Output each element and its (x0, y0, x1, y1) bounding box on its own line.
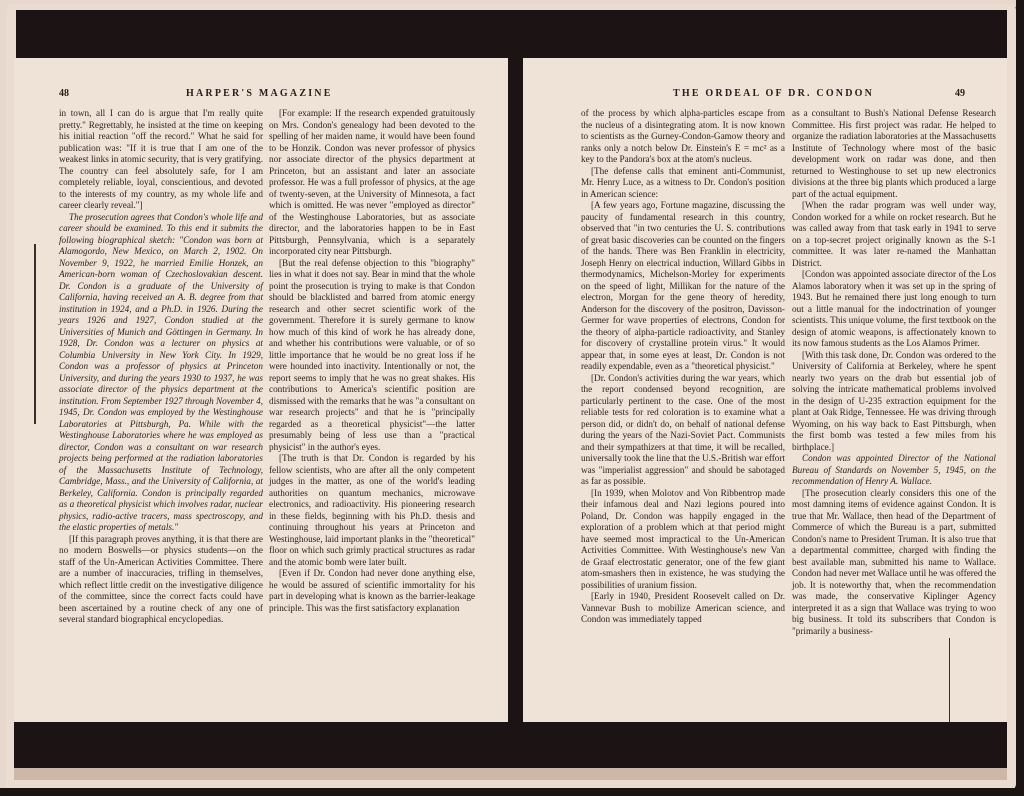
right-page: THE ORDEAL OF DR. CONDON 49 of the proce… (523, 58, 1007, 722)
left-column-2: [For example: If the research expended g… (269, 108, 475, 614)
page-number-left: 48 (59, 88, 69, 99)
paragraph: of the process by which alpha-particles … (581, 108, 785, 166)
gutter-binding (508, 58, 523, 776)
right-column-2: as a consultant to Bush's National Defen… (792, 108, 996, 637)
paragraph: in town, all I can do is argue that I'm … (59, 108, 263, 212)
paragraph: [The defense calls that eminent anti-Com… (581, 166, 785, 201)
paragraph: [A few years ago, Fortune magazine, disc… (581, 200, 785, 373)
paragraph: [The truth is that Dr. Condon is regarde… (269, 453, 475, 568)
scan-edge-right (1016, 0, 1024, 796)
margin-mark-left (34, 244, 36, 424)
running-head-left: HARPER'S MAGAZINE (186, 88, 333, 99)
paragraph: [In 1939, when Molotov and Von Ribbentro… (581, 488, 785, 592)
bottom-paper-strip (14, 768, 1007, 780)
running-head-right: THE ORDEAL OF DR. CONDON (673, 88, 874, 99)
paragraph: [The prosecution clearly considers this … (792, 488, 996, 638)
paragraph: [For example: If the research expended g… (269, 108, 475, 258)
paragraph: [With this task done, Dr. Condon was ord… (792, 350, 996, 454)
paragraph: [If this paragraph proves anything, it i… (59, 534, 263, 626)
scan-edge-bottom (0, 788, 1024, 796)
top-black-bar (16, 10, 1007, 58)
right-column-1: of the process by which alpha-particles … (581, 108, 785, 626)
paragraph: [Early in 1940, President Roosevelt call… (581, 591, 785, 626)
margin-mark-right (949, 638, 950, 722)
paragraph: [Dr. Condon's activities during the war … (581, 373, 785, 488)
paragraph: [Condon was appointed associate director… (792, 269, 996, 350)
page-number-right: 49 (955, 88, 965, 99)
paragraph-italic: The prosecution agrees that Condon's who… (59, 212, 263, 534)
paragraph: as a consultant to Bush's National Defen… (792, 108, 996, 200)
left-page: 48 HARPER'S MAGAZINE in town, all I can … (14, 58, 508, 722)
left-column-1: in town, all I can do is argue that I'm … (59, 108, 263, 626)
paragraph: [When the radar program was well under w… (792, 200, 996, 269)
paragraph: [But the real defense objection to this … (269, 258, 475, 454)
paragraph: [Even if Dr. Condon had never done anyth… (269, 568, 475, 614)
bottom-black-bar (14, 722, 1007, 768)
paragraph-italic: Condon was appointed Director of the Nat… (792, 453, 996, 488)
